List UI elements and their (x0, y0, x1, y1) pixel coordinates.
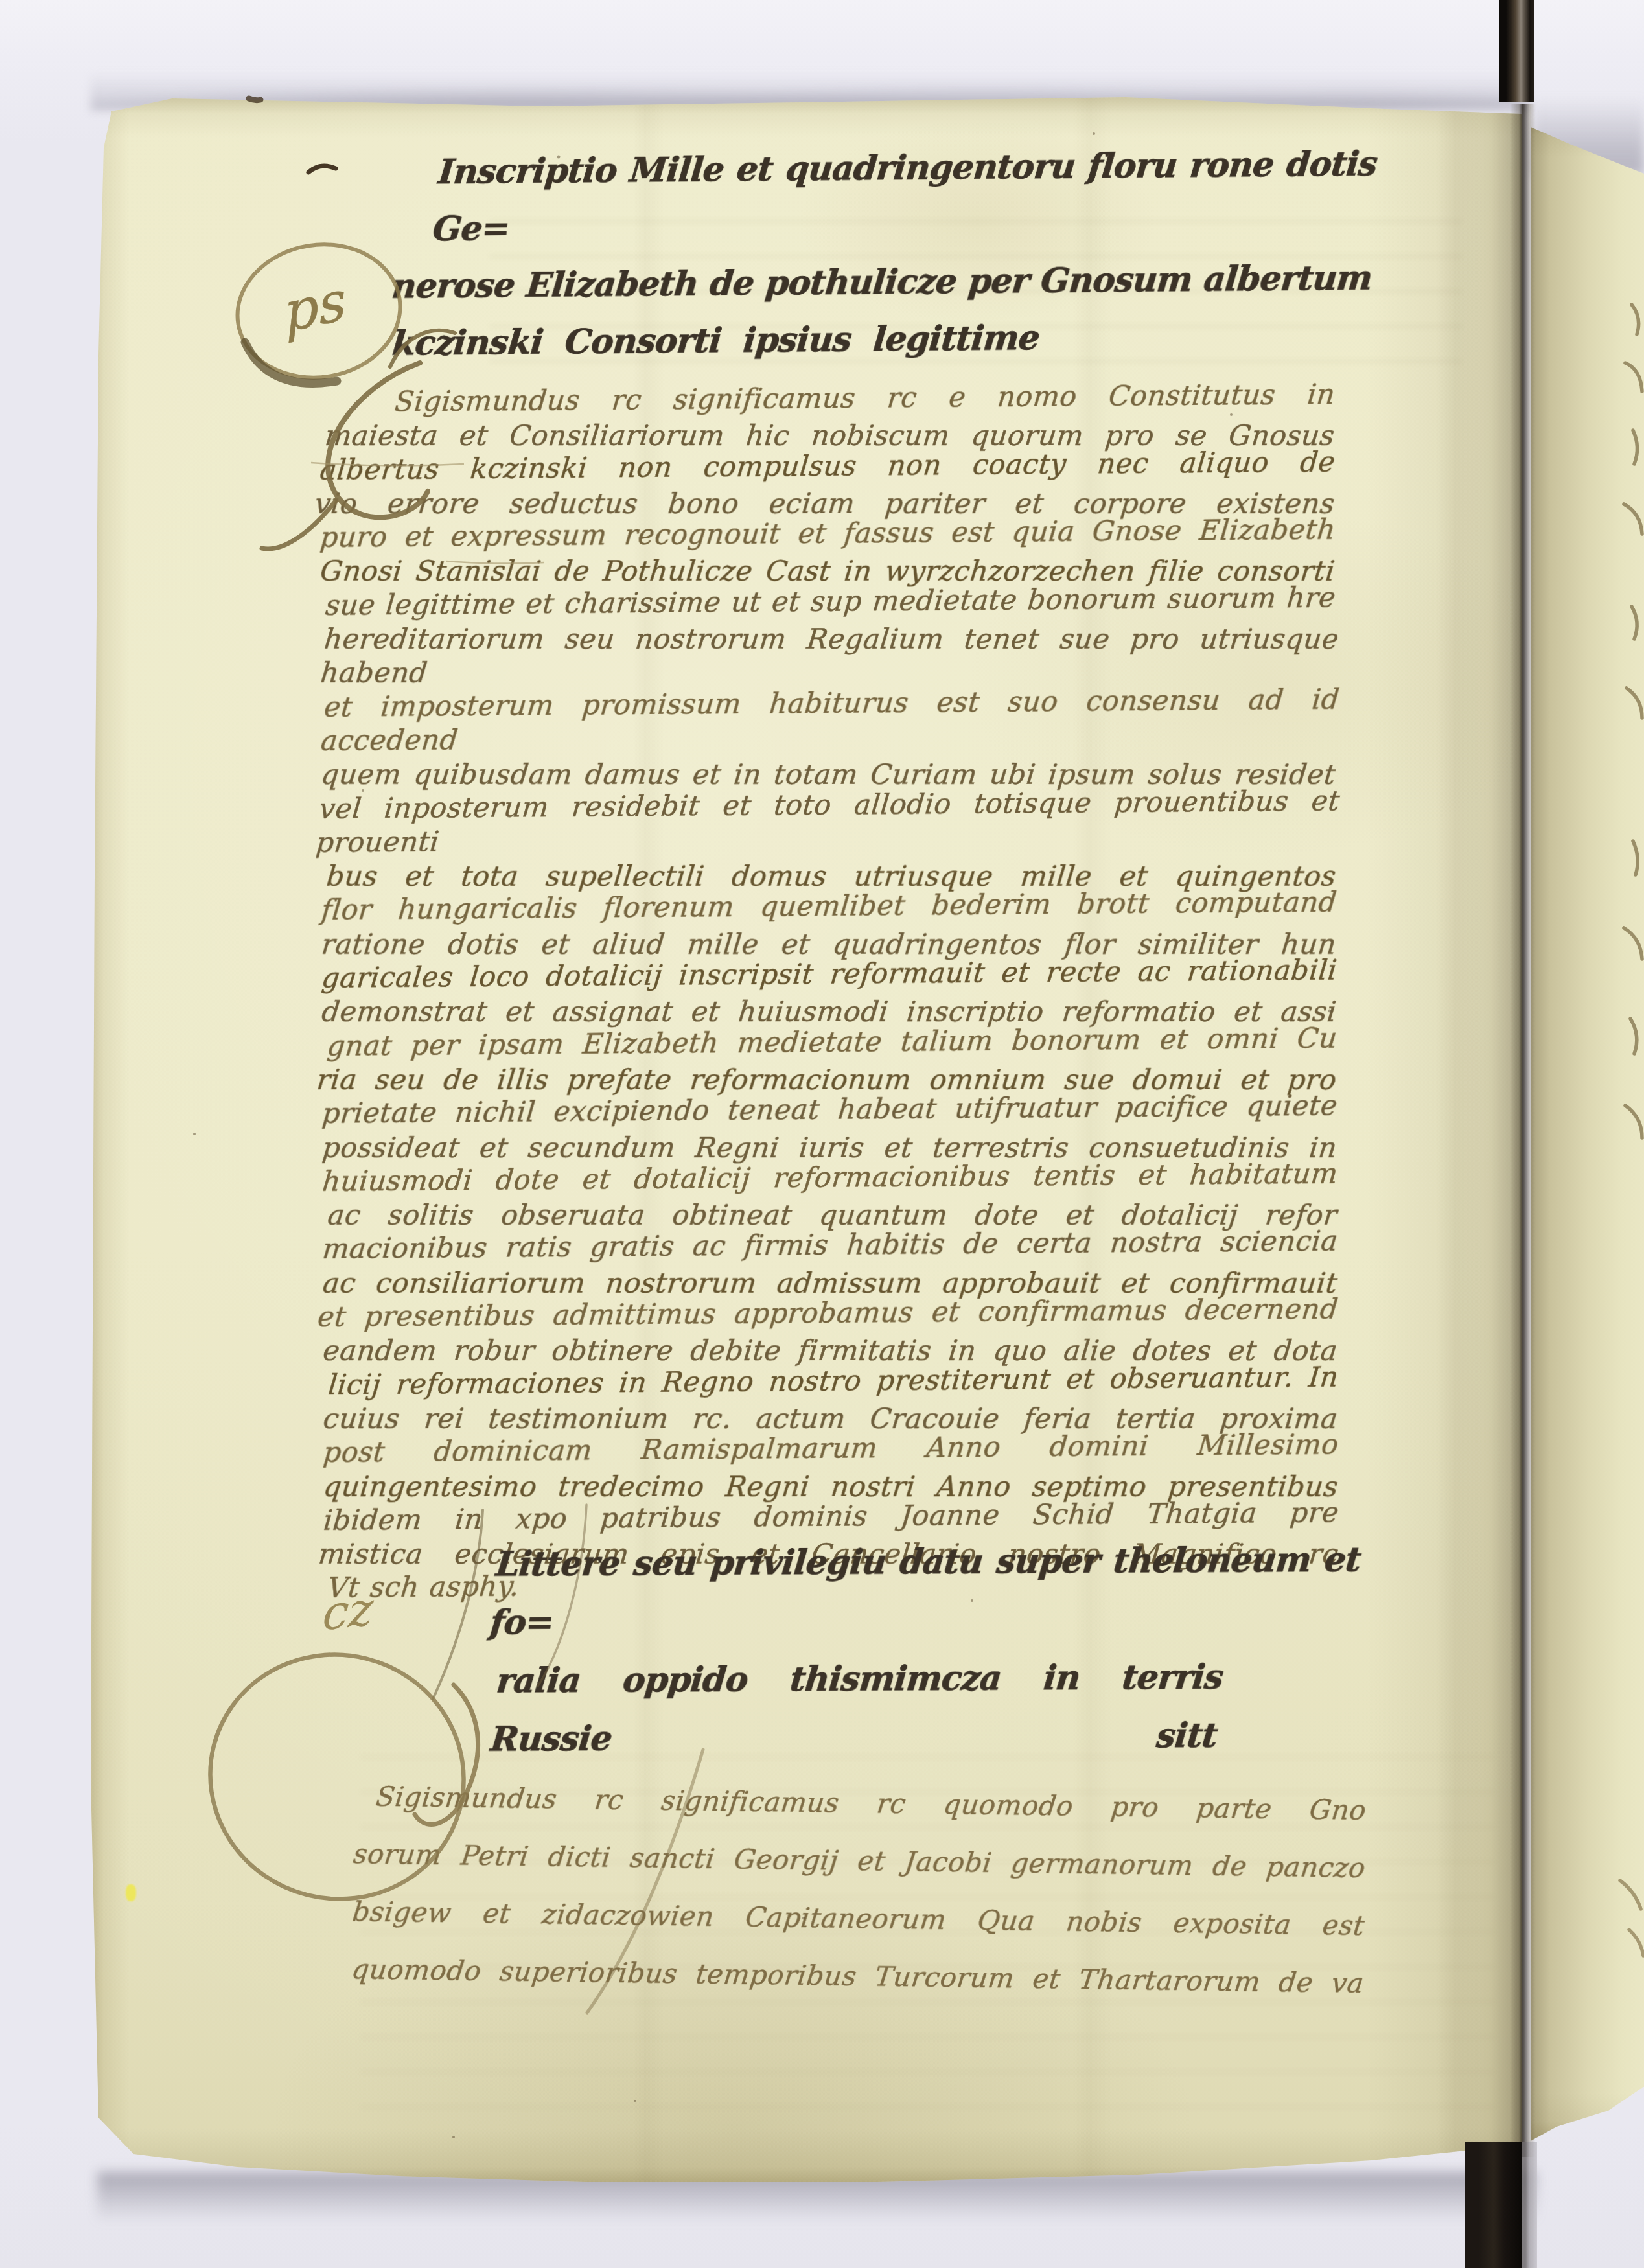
manuscript-line: hereditariorum seu nostrorum Regalium te… (319, 623, 1340, 691)
manuscript-line: huiusmodi dote et dotalicij reformacioni… (321, 1157, 1339, 1199)
heading-line: nerose Elizabeth de pothulicze per Gnosu… (389, 249, 1374, 315)
manuscript-line: sue legittime et charissime ut et sup me… (324, 581, 1337, 623)
page-holder-rod-top (1499, 0, 1534, 102)
manuscript-line: flor hungaricalis florenum quemlibet bed… (320, 886, 1339, 928)
manuscript-line: et imposterum promissum habiturus est su… (319, 682, 1341, 758)
margin-annotation-mark: cz (321, 1580, 375, 1641)
manuscript-line: Sigismundus rc significamus rc e nomo Co… (393, 378, 1337, 419)
manuscript-photo: Inscriptio Mille et quadringentoru floru… (0, 0, 1644, 2268)
facing-page-sliver (1531, 118, 1644, 2145)
margin-register-mark: ps (283, 268, 349, 345)
latin-heading-top: Inscriptio Mille et quadringentoru floru… (388, 135, 1369, 372)
manuscript-line: post dominicam Ramispalmarum Anno domini… (322, 1428, 1341, 1470)
heading-line: ralia oppido thismimcza in terris Russie… (488, 1649, 1226, 1769)
page-holder-rod-bottom (1465, 2142, 1522, 2268)
book-gutter (1510, 104, 1536, 2157)
manuscript-line: et presentibus admittimus approbamus et … (316, 1292, 1340, 1334)
latin-heading-middle: Littere seu privilegiu datu super thelon… (487, 1531, 1352, 1769)
heading-line: Inscriptio Mille et quadringentoru floru… (430, 135, 1380, 258)
heading-line: kczinski Consorti ipsius legittime (390, 310, 1042, 373)
manuscript-line: macionibus ratis gratis ac firmis habiti… (321, 1225, 1339, 1267)
manuscript-line: garicales loco dotalicij inscripsit refo… (320, 953, 1339, 995)
heading-line: Littere seu privilegiu datu super thelon… (487, 1531, 1363, 1652)
latin-body-paragraph: Sigismundus rc significamus rc e nomo Co… (318, 382, 1337, 1605)
yellow-fleck (126, 1884, 136, 1901)
latin-body-paragraph-2: Sigismundus rc significamus rc quomodo p… (349, 1767, 1364, 2012)
manuscript-line: prietate nichil excipiendo teneat habeat… (321, 1089, 1339, 1131)
manuscript-line: vel inposterum residebit et toto allodio… (314, 784, 1341, 860)
manuscript-line: puro et expressum recognouit et fassus e… (319, 513, 1337, 555)
rod-glint (1522, 2142, 1537, 2268)
